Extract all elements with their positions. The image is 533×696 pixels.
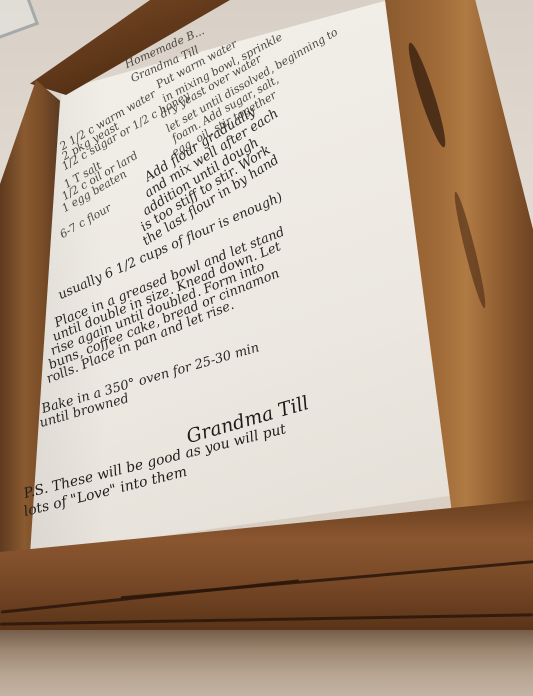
wood-grain [121, 560, 533, 600]
adjacent-frame-corner [0, 0, 39, 39]
photo-scene: Homemade B... Grandma Till 2 1/2 c warm … [0, 0, 533, 696]
wood-knot [403, 41, 450, 150]
wall-shadow [0, 625, 533, 696]
wood-grain [0, 613, 533, 625]
wood-grain [451, 191, 490, 310]
